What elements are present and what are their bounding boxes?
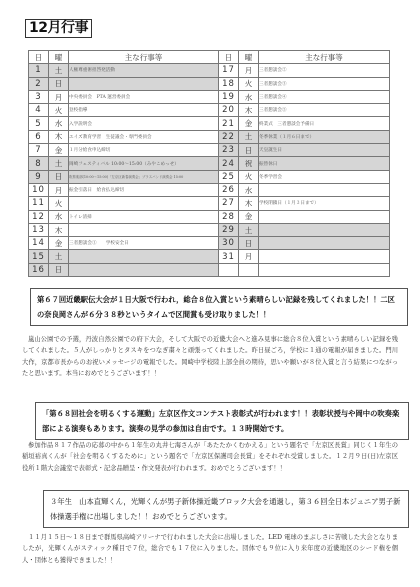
table-row: 2日18火三者懇談会③ — [29, 77, 390, 90]
day-cell: 16 — [29, 263, 49, 276]
ekiden-notice-box: 第６７回近畿駅伝大会が１日大阪で行われ，総合８位入賞という素晴らしい記録を残して… — [30, 288, 408, 326]
day-cell: 31 — [219, 250, 239, 263]
weekday-cell: 祝 — [239, 157, 259, 170]
day-cell: 14 — [29, 237, 49, 250]
day-cell: 2 — [29, 77, 49, 90]
event-cell — [259, 223, 390, 236]
weekday-cell — [239, 263, 259, 276]
event-cell — [69, 263, 219, 276]
event-cell — [259, 183, 390, 196]
table-row: 6木エイズ教育学習 生徒議会・専門委員会22土冬季休業（１月６日まで） — [29, 130, 390, 143]
day-cell: 20 — [219, 104, 239, 117]
weekday-cell: 火 — [239, 77, 259, 90]
weekday-cell: 木 — [239, 197, 259, 210]
day-cell: 1 — [29, 64, 49, 77]
table-row: 9日吹奏楽部(10:00～15:00)「左京区新春演奏会」ブラスバンド演奏会 1… — [29, 170, 390, 183]
event-cell: 中央委員会 PTA 運営委員会 — [69, 90, 219, 103]
day-cell: 7 — [29, 144, 49, 157]
weekday-cell: 土 — [49, 250, 69, 263]
day-cell: 24 — [219, 157, 239, 170]
day-cell: 19 — [219, 90, 239, 103]
table-row: 10月振金引落日 給食払込締切26水 — [29, 183, 390, 196]
day-cell: 26 — [219, 183, 239, 196]
essay-paragraph: 参加作品８１７作品の応募の中から１年生の丸井七海さんが「あたたかくむかえる」とい… — [22, 440, 398, 474]
weekday-cell: 日 — [49, 263, 69, 276]
table-row: 11火27木学校閉鎖日（１月３日まで） — [29, 197, 390, 210]
day-cell — [219, 263, 239, 276]
weekday-cell: 火 — [49, 197, 69, 210]
header-events: 主な行事等 — [69, 51, 219, 64]
gymnastics-notice-box: ３年生 山本直輝くん，光輝くんが男子新体操近畿ブロック大会を通過し，第３６回全日… — [43, 490, 409, 528]
header-weekday: 曜 — [49, 51, 69, 64]
day-cell: 27 — [219, 197, 239, 210]
day-cell: 15 — [29, 250, 49, 263]
day-cell: 11 — [29, 197, 49, 210]
table-row: 15土31月 — [29, 250, 390, 263]
day-cell: 10 — [29, 183, 49, 196]
event-cell — [259, 250, 390, 263]
day-cell: 3 — [29, 90, 49, 103]
weekday-cell: 月 — [239, 64, 259, 77]
table-row: 16日 — [29, 263, 390, 276]
event-cell — [259, 237, 390, 250]
event-cell: 三者懇談会① 学校安全日 — [69, 237, 219, 250]
event-cell: １月分給食申込締切 — [69, 144, 219, 157]
event-cell: 学校閉鎖日（１月３日まで） — [259, 197, 390, 210]
event-cell: 人権尊重術担啓発活動 — [69, 64, 219, 77]
weekday-cell: 金 — [49, 237, 69, 250]
day-cell: 23 — [219, 144, 239, 157]
weekday-cell: 月 — [49, 90, 69, 103]
weekday-cell: 土 — [49, 157, 69, 170]
weekday-cell: 火 — [239, 170, 259, 183]
weekday-cell: 日 — [49, 77, 69, 90]
table-row: 5水入学説明会21金終業式 三者懇談会予備日 — [29, 117, 390, 130]
table-row: 12水トイレ清掃28金 — [29, 210, 390, 223]
event-cell: 入学説明会 — [69, 117, 219, 130]
weekday-cell: 金 — [239, 117, 259, 130]
day-cell: 9 — [29, 170, 49, 183]
event-cell: 三者懇談会④ — [259, 90, 390, 103]
day-cell: 22 — [219, 130, 239, 143]
day-cell: 13 — [29, 223, 49, 236]
table-row: 14金三者懇談会① 学校安全日30日 — [29, 237, 390, 250]
table-row: 3月中央委員会 PTA 運営委員会19水三者懇談会④ — [29, 90, 390, 103]
weekday-cell: 木 — [49, 130, 69, 143]
weekday-cell: 金 — [49, 144, 69, 157]
weekday-cell: 月 — [49, 183, 69, 196]
weekday-cell: 土 — [49, 64, 69, 77]
event-cell: 吹奏楽部(10:00～15:00)「左京区新春演奏会」ブラスバンド演奏会 15:… — [69, 170, 219, 183]
gymnastics-notice-text: ３年生 山本直輝くん，光輝くんが男子新体操近畿ブロック大会を通過し，第３６回全日… — [50, 497, 400, 521]
event-cell: 三者懇談会② — [259, 64, 390, 77]
event-cell: 冬季学習会 — [259, 170, 390, 183]
weekday-cell: 月 — [239, 250, 259, 263]
event-cell: 振替休日 — [259, 157, 390, 170]
event-cell — [259, 210, 390, 223]
header-day: 日 — [29, 51, 49, 64]
event-cell: 三者懇談会③ — [259, 77, 390, 90]
table-header-row: 日 曜 主な行事等 日 曜 主な行事等 — [29, 51, 390, 64]
weekday-cell: 水 — [239, 183, 259, 196]
weekday-cell: 日 — [239, 237, 259, 250]
table-row: 1土人権尊重術担啓発活動17月三者懇談会② — [29, 64, 390, 77]
event-cell: 冬季休業（１月６日まで） — [259, 130, 390, 143]
header-day: 日 — [219, 51, 239, 64]
weekday-cell: 土 — [239, 130, 259, 143]
weekday-cell: 水 — [49, 210, 69, 223]
day-cell: 5 — [29, 117, 49, 130]
day-cell: 6 — [29, 130, 49, 143]
event-cell: 天皇誕生日 — [259, 144, 390, 157]
day-cell: 29 — [219, 223, 239, 236]
event-cell: 終業式 三者懇談会予備日 — [259, 117, 390, 130]
gymnastics-paragraph: １１月１５日～１８日まで群馬県高崎アリーナで行われました大会に出場しました。LE… — [22, 532, 398, 566]
weekday-cell: 日 — [239, 144, 259, 157]
event-cell — [259, 263, 390, 276]
day-cell: 21 — [219, 117, 239, 130]
event-cell: エイズ教育学習 生徒議会・専門委員会 — [69, 130, 219, 143]
event-cell: トイレ清掃 — [69, 210, 219, 223]
day-cell: 28 — [219, 210, 239, 223]
page-title: 12月行事 — [25, 19, 92, 38]
day-cell: 4 — [29, 104, 49, 117]
weekday-cell: 木 — [239, 104, 259, 117]
table-row: 8土岡崎フェスティバル 10:00～15:00（みやこめっせ）24祝振替休日 — [29, 157, 390, 170]
essay-notice-text: 「第６８回社会を明るくする運動」左京区作文コンテスト表彰式が行われます！！表彰状… — [42, 409, 399, 433]
event-cell: 登校指導 — [69, 104, 219, 117]
ekiden-paragraph: 嵐山公園での予選，丹波自然公園での府下大会，そして大阪での近畿大会へと進み見事に… — [22, 334, 398, 379]
table-row: 13木29土 — [29, 223, 390, 236]
schedule-table: 日 曜 主な行事等 日 曜 主な行事等 1土人権尊重術担啓発活動17月三者懇談会… — [28, 50, 390, 277]
header-events: 主な行事等 — [259, 51, 390, 64]
event-cell — [69, 197, 219, 210]
weekday-cell: 水 — [49, 117, 69, 130]
day-cell: 30 — [219, 237, 239, 250]
weekday-cell: 木 — [49, 223, 69, 236]
weekday-cell: 水 — [239, 90, 259, 103]
weekday-cell: 土 — [239, 223, 259, 236]
essay-notice-box: 「第６８回社会を明るくする運動」左京区作文コンテスト表彰式が行われます！！表彰状… — [35, 402, 409, 440]
weekday-cell: 火 — [49, 104, 69, 117]
day-cell: 25 — [219, 170, 239, 183]
weekday-cell: 日 — [49, 170, 69, 183]
day-cell: 17 — [219, 64, 239, 77]
event-cell: 岡崎フェスティバル 10:00～15:00（みやこめっせ） — [69, 157, 219, 170]
event-cell — [69, 250, 219, 263]
weekday-cell: 金 — [239, 210, 259, 223]
ekiden-notice-text: 第６７回近畿駅伝大会が１日大阪で行われ，総合８位入賞という素晴らしい記録を残して… — [37, 295, 395, 319]
header-weekday: 曜 — [239, 51, 259, 64]
event-cell — [69, 77, 219, 90]
event-cell: 三者懇談会⑤ — [259, 104, 390, 117]
day-cell: 8 — [29, 157, 49, 170]
day-cell: 12 — [29, 210, 49, 223]
table-row: 4火登校指導20木三者懇談会⑤ — [29, 104, 390, 117]
table-row: 7金１月分給食申込締切23日天皇誕生日 — [29, 144, 390, 157]
event-cell: 振金引落日 給食払込締切 — [69, 183, 219, 196]
event-cell — [69, 223, 219, 236]
day-cell: 18 — [219, 77, 239, 90]
